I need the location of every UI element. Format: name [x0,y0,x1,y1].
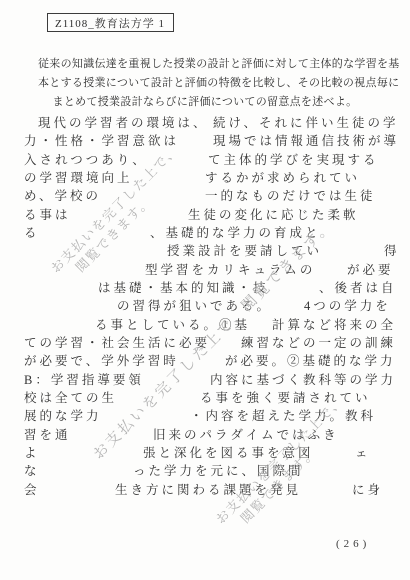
body-text-fragment: 一的なものだけでは生徒 [205,186,376,204]
body-text-fragment: ての学習・社会生活に必要 [24,333,210,351]
body-text-fragment: 校は全ての生 [24,388,117,406]
body-text-fragment: 続け、それに伴い生徒の学 [213,113,399,131]
body-text-fragment: の学習環境向上 [24,168,133,186]
body-text-fragment: よ [24,443,40,461]
body-text-fragment: 現代の学習者の環境は、 [38,113,209,131]
body-text-fragment: 会 [24,480,40,498]
body-text-fragment: に身 [352,480,383,498]
document-page: Z1108_教育法方学 1 従来の知識伝達を重視した授業の設計と評価に対して主体… [0,0,410,580]
body-text-fragment: 4つの学力を [304,296,391,314]
body-text-fragment: 、後者は自 [319,278,397,296]
body-text-fragment: め、学校の [24,186,101,204]
body-text-fragment: 旧来のパラダイムではふき [153,425,339,443]
body-text-fragment: が必要 [347,260,394,278]
body-text-fragment: 入されつつあり、 [24,150,148,168]
body-text-fragment: る事を強く要請されてい [200,388,371,406]
body-text-fragment: 計算など将来の全 [272,315,396,333]
body-text-fragment: ェ [355,443,371,461]
body-text-fragment: の習得が狙いである。 [117,296,272,314]
body-text-fragment: て主体的学びを実現する [208,150,379,168]
body-text-fragment: 展的な学力 [24,406,102,424]
body-text-fragment: が必要。②基礎的な学力 [225,351,396,369]
body-text-fragment: 、基礎的な学力の育成と [150,223,321,241]
body-text-fragment: 生徒の変化に応じた柔軟 [188,205,359,223]
body-text-fragment: った学力を元に、国際間 [133,461,304,479]
page-number: (26) [336,538,370,550]
body-text-fragment: な [24,461,40,479]
body-text-fragment: 張と深化を図る事を意図 [143,443,314,461]
body-text-fragment: は基礎・基本的知識・技 [98,278,269,296]
body-text-fragment: 習を通 [24,425,71,443]
body-text-fragment: 型学習をカリキュラムの [145,260,315,278]
body-text-fragment: る事としている。①基 [95,315,250,333]
body-text-fragment: 練習などの一定の訓練 [241,333,396,351]
body-text-fragment: 生き方に関わる課題を発見 [115,480,301,498]
body-text-fragment: B：学習指導要領 [24,370,144,388]
body-text-fragment: ・内容を超えた学力。教科 [190,406,376,424]
body-text-fragment: が必要で、学外学習時 [24,351,179,369]
body-text-fragment: る事は [24,205,71,223]
body-text-fragment: る [24,223,40,241]
essay-body-text: 現代の学習者の環境は、続け、それに伴い生徒の学力・性格・学習意欲は現場では情報通… [0,0,410,580]
body-text-fragment: 得 [384,241,400,259]
body-text-fragment: 現場では情報通信技術が導 [213,131,399,149]
body-text-fragment: 授業設計を要請してい [167,241,322,259]
body-text-fragment: するかが求められてい [205,168,360,186]
body-text-fragment: 内容に基づく教科等の学力 [210,370,396,388]
body-text-fragment: 力・性格・学習意欲は [24,131,179,149]
